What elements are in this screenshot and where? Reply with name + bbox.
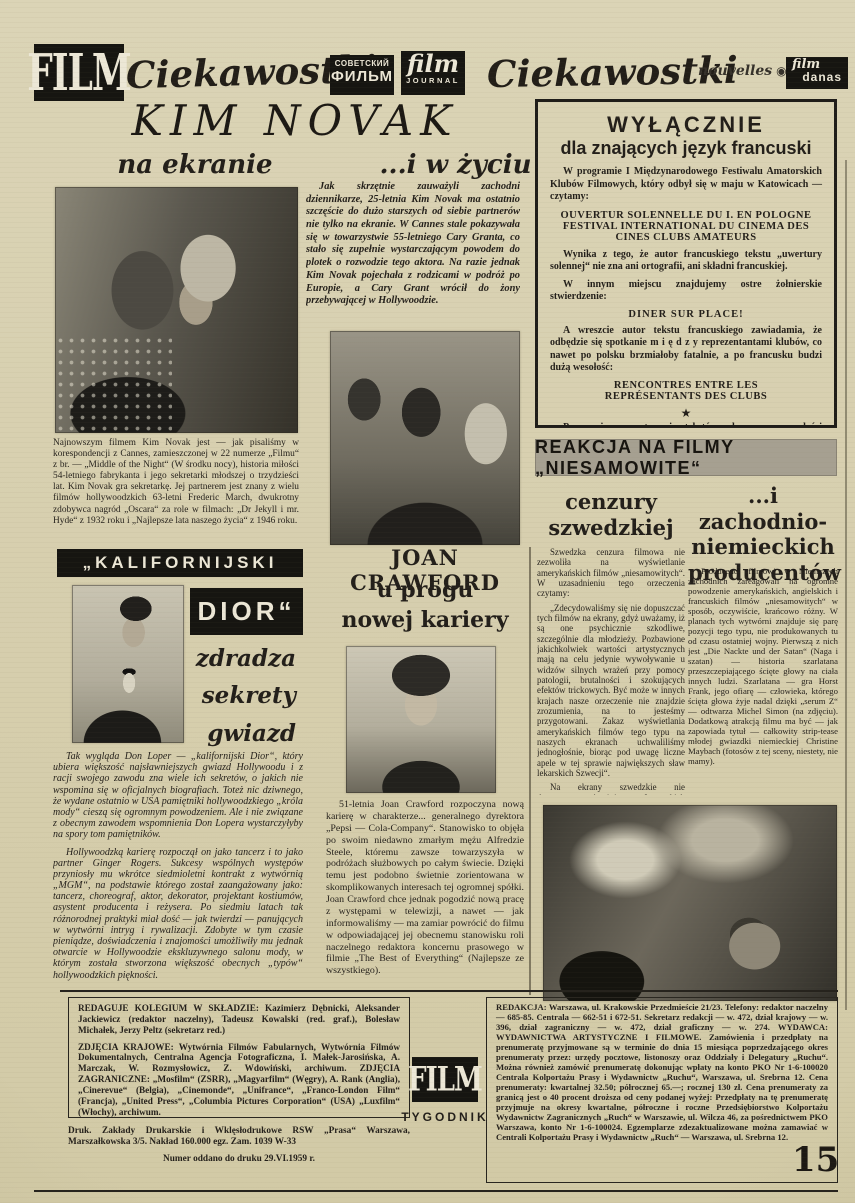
french-box-quote2: DINER SUR PLACE! xyxy=(550,309,822,320)
dior-article-para1: Tak wygląda Don Loper — „kalifornijski D… xyxy=(53,751,303,841)
journal-badge-line1: film xyxy=(401,53,465,76)
kim-intro-text: Jak skrzętnie zauważyli zachodni dzienni… xyxy=(306,181,520,331)
danas-badge-line2: danas xyxy=(792,71,842,83)
kalifornijski-bar: „KALIFORNIJSKI xyxy=(57,549,303,577)
footer-redakcja-box: REDAKCJA: Warszawa, ul. Krakowskie Przed… xyxy=(486,997,838,1183)
footer-bottom-rule xyxy=(34,1190,838,1192)
dior-bar: DIOR“ xyxy=(190,588,303,635)
footer-zdjecia-text: ZDJĘCIA KRAJOWE: Wytwórnia Filmów Fabula… xyxy=(78,1042,400,1118)
tygodnik-label: TYGODNIK xyxy=(396,1110,494,1124)
kim-novak-cary-grant-photo xyxy=(55,187,298,433)
film-logo-text: FILM xyxy=(27,43,131,102)
french-box-quote3: RENCONTRES ENTRE LES REPRÉSENTANTS DES C… xyxy=(570,380,802,402)
kim-novak-group-photo xyxy=(330,331,520,545)
journal-badge-line2: JOURNAL xyxy=(401,76,465,85)
sweden-title-line1: cenzury xyxy=(537,489,685,515)
footer-editorial-box: REDAGUJE KOLEGIUM W SKŁADZIE: Kazimierz … xyxy=(68,997,410,1118)
soviet-badge-line2: ФИЛЬМ xyxy=(330,68,394,85)
film-badge-footer-text: FILM xyxy=(408,1060,482,1099)
polka-dot-scarf xyxy=(55,335,172,433)
magazine-page: { "page": { "number": "15" }, "colors": … xyxy=(0,0,855,1203)
french-box-p2: Wynika z tego, że autor francuskiego tek… xyxy=(550,249,822,274)
joan-crawford-body: 51-letnia Joan Crawford rozpoczyna nową … xyxy=(326,799,524,1004)
dior-article-para2: Hollywoodzką karierę rozpoczął on jako t… xyxy=(53,847,303,981)
kim-subtitle-na-ekranie: na ekranie xyxy=(95,150,295,180)
german-title-line2: niemieckich xyxy=(688,534,838,560)
german-column-body: Producenci filmowi w Niemczech zachodnic… xyxy=(688,566,838,802)
french-box-p5: Proponujemy autorowi tekstów, by w przys… xyxy=(550,422,822,429)
michel-simon-film-photo xyxy=(543,805,837,1001)
french-language-box: WYŁĄCZNIE dla znających język francuski … xyxy=(535,99,837,428)
dior-bar-text: DIOR“ xyxy=(198,596,296,627)
footer-numer-text: Numer oddano do druku 29.VI.1959 r. xyxy=(68,1154,410,1164)
film-magazine-logo: FILM xyxy=(34,44,124,101)
dior-tagline: zdradza sekrety gwiazd xyxy=(186,640,296,752)
kim-photo-caption: Najnowszym filmem Kim Novak jest — jak p… xyxy=(53,438,299,538)
french-box-title1: WYŁĄCZNIE xyxy=(550,112,822,138)
footer-redakcja-text: REDAKCJA: Warszawa, ul. Krakowskie Przed… xyxy=(496,1003,828,1143)
dior-article: Tak wygląda Don Loper — „kalifornijski D… xyxy=(53,751,303,1003)
footer-top-rule xyxy=(60,990,838,992)
dior-tagline-line3: gwiazd xyxy=(186,715,296,752)
nouvelles-logo: nouvelles ◉ xyxy=(698,62,787,80)
dior-tagline-line1: zdradza xyxy=(186,640,296,677)
sweden-p3: Na ekrany szwedzkie nie dopuszczono równ… xyxy=(537,782,685,795)
french-box-title2: dla znających język francuski xyxy=(550,138,822,159)
reakcja-header-bar: REAKCJA NA FILMY „NIESAMOWITE“ xyxy=(535,439,837,476)
french-box-p1: W programie I Międzynarodowego Festiwalu… xyxy=(550,166,822,204)
sweden-p1: Szwedzka cenzura filmowa nie zezwoliła n… xyxy=(537,547,685,599)
soviet-film-badge: СОВЕТСКИЙ ФИЛЬМ xyxy=(330,55,394,95)
column-divider-rule xyxy=(529,547,531,995)
soviet-badge-line1: СОВЕТСКИЙ xyxy=(330,59,394,68)
reakcja-header-text: REAKCJA NA FILMY „NIESAMOWITE“ xyxy=(535,437,837,479)
sweden-p2: „Zdecydowaliśmy się nie dopuszczać tych … xyxy=(537,603,685,779)
french-box-p3: W innym miejscu znajdujemy ostre żołnier… xyxy=(550,279,822,304)
french-box-quote1: OUVERTUR SOLENNELLE DU I. EN POLOGNE FES… xyxy=(550,210,822,243)
nouvelles-logo-text: nouvelles xyxy=(698,63,772,79)
footer-kolegium-text: REDAGUJE KOLEGIUM W SKŁADZIE: Kazimierz … xyxy=(78,1003,400,1036)
sweden-column-title: cenzury szwedzkiej xyxy=(537,489,685,542)
german-title-line1: ...i zachodnio- xyxy=(688,483,838,534)
film-danas-badge: film danas xyxy=(786,57,848,89)
star-divider-icon: ★ xyxy=(550,407,822,419)
kim-subtitle-w-zyciu: ...i w życiu xyxy=(378,150,533,180)
kim-novak-title: KIM NOVAK xyxy=(80,96,510,145)
page-edge-shadow xyxy=(845,160,847,1010)
dior-tagline-line2: sekrety xyxy=(186,677,296,714)
joan-crawford-subtitle2: nowej kariery xyxy=(326,607,524,633)
kalifornijski-bar-text: „KALIFORNIJSKI xyxy=(83,553,278,573)
page-number: 15 xyxy=(792,1140,842,1180)
film-journal-badge: film JOURNAL xyxy=(401,51,465,95)
footer-druk-text: Druk. Zakłady Drukarskie i Wklęsłodrukow… xyxy=(68,1126,410,1148)
joan-crawford-subtitle1: u progu xyxy=(326,577,524,603)
sweden-title-line2: szwedzkiej xyxy=(537,515,685,541)
french-box-p4: A wreszcie autor tekstu francuskiego zaw… xyxy=(550,325,822,375)
don-loper-photo xyxy=(72,585,184,743)
sweden-column-body: Szwedzka cenzura filmowa nie zezwoliła n… xyxy=(537,547,685,795)
film-badge-footer: FILM xyxy=(412,1057,478,1102)
joan-crawford-portrait-photo xyxy=(346,646,496,793)
